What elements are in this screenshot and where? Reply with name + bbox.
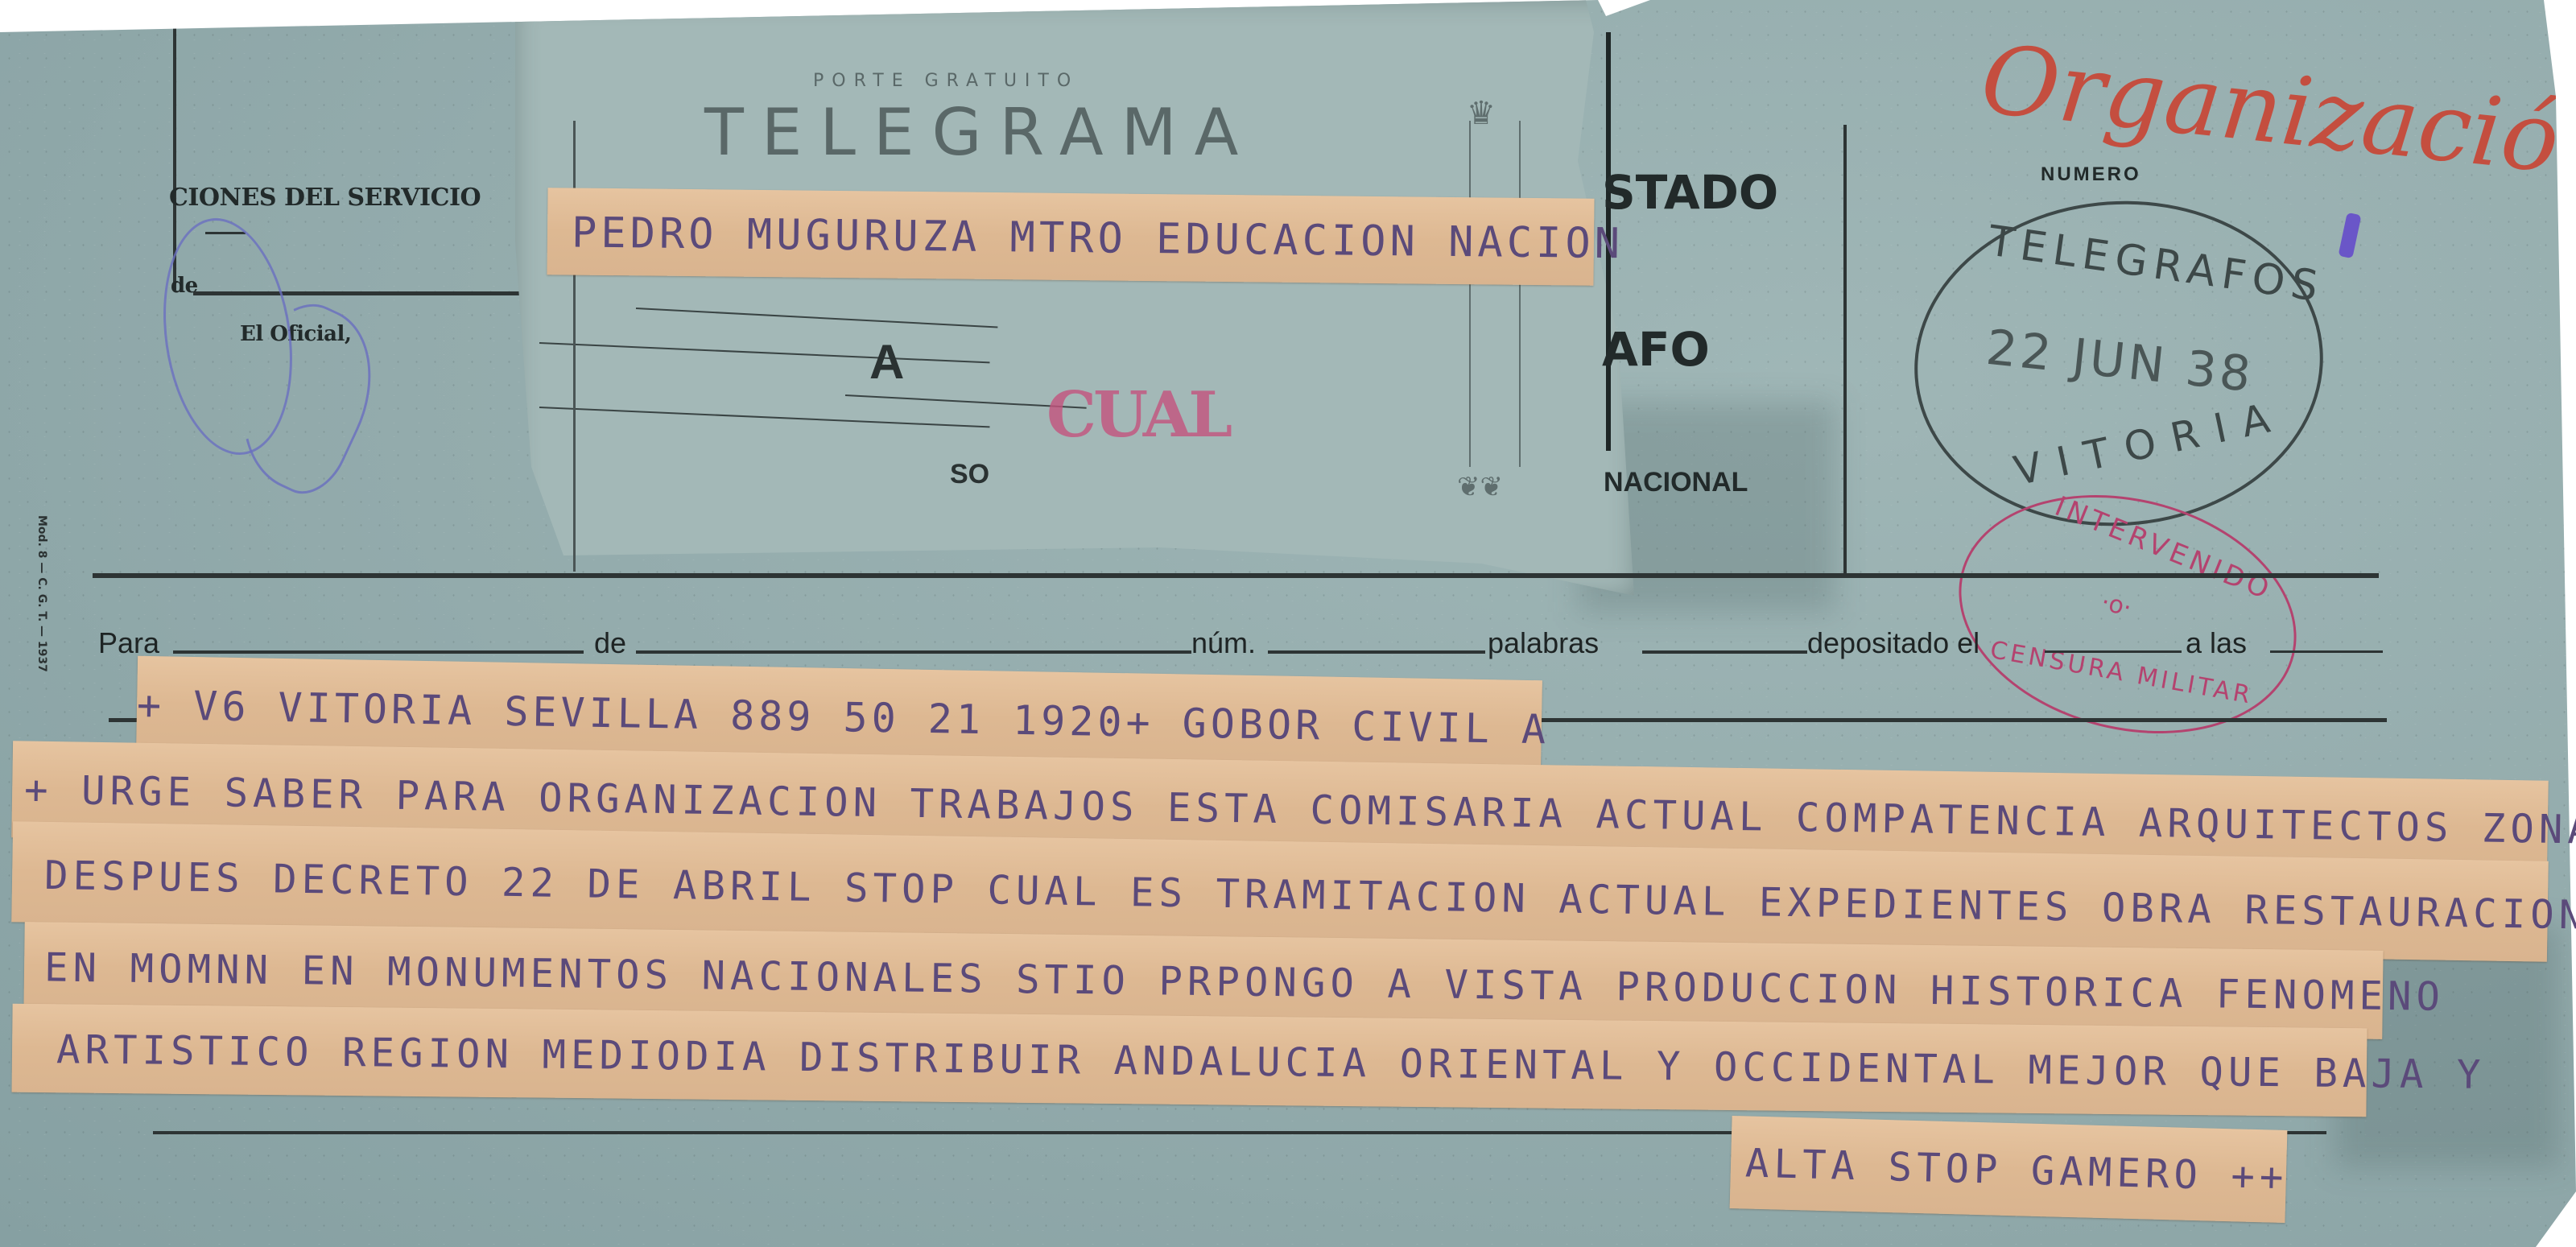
field-de-line[interactable]: [636, 650, 1191, 654]
postmark-bottom-text: VITORIA: [2010, 392, 2289, 495]
left-border-rule: [173, 0, 176, 290]
form-top-rule: [93, 573, 2379, 578]
laurel-icon: ❦❦: [1457, 471, 1503, 503]
header-line-text: + V6 VITORIA SEVILLA 889 50 21 1920+ GOB…: [137, 682, 1550, 754]
center-divider: [1843, 125, 1847, 576]
body-line-2: DESPUES DECRETO 22 DE ABRIL STOP CUAL ES…: [44, 853, 2576, 939]
field-num-line[interactable]: [1268, 650, 1485, 654]
overlay-line-3: [636, 308, 997, 328]
overlay-line-2: [539, 407, 990, 427]
field-para-label: Para: [98, 626, 159, 660]
body-line-4: ARTISTICO REGION MEDIODIA DISTRIBUIR AND…: [56, 1026, 2486, 1098]
censor-center: ·o·: [2099, 588, 2135, 622]
pink-stamp-fragment: CUAL: [1046, 378, 1229, 452]
telegram-slip-overlay: PORTE GRATUITO TELEGRAMA A SO CUAL ♛ ❦❦: [515, 0, 1634, 596]
service-label: CIONES DEL SERVICIO: [169, 184, 481, 212]
tape-closing: ALTA STOP GAMERO ++: [1730, 1116, 2288, 1223]
estado-text: STADO: [1602, 165, 1778, 220]
postmark-date: 22 JUN 38: [1984, 320, 2256, 403]
tape-recipient: PEDRO MUGURUZA MTRO EDUCACION NACION: [547, 188, 1594, 286]
field-palabras-label: palabras: [1488, 626, 1599, 660]
partial-letter: A: [869, 334, 904, 390]
crown-icon: ♛: [1467, 95, 1496, 132]
closing-text: ALTA STOP GAMERO ++: [1744, 1140, 2289, 1200]
nacional-text: NACIONAL: [1604, 467, 1748, 498]
field-depositado-line[interactable]: [2045, 650, 2182, 653]
crest-column: [1469, 121, 1521, 467]
field-para-line[interactable]: [173, 650, 584, 654]
overlay-line-1: [539, 342, 990, 363]
form-model-print: Mod. 8 — C. G. T. — 1937: [35, 515, 48, 672]
field-depositado-label: depositado el: [1807, 626, 1979, 660]
field-num-label: núm.: [1191, 626, 1256, 660]
telegrafo-text: AFO: [1602, 322, 1710, 377]
field-alas-line[interactable]: [2270, 650, 2383, 653]
recipient-text: PEDRO MUGURUZA MTRO EDUCACION NACION: [572, 209, 1624, 269]
partial-text: SO: [950, 459, 989, 490]
field-alas-label: a las: [2186, 626, 2247, 660]
number-label: NUMERO: [2041, 163, 2141, 186]
field-palabras-line[interactable]: [1642, 650, 1807, 654]
telegrama-title: TELEGRAMA: [704, 95, 1256, 170]
field-de-label: de: [594, 626, 626, 660]
postage-label: PORTE GRATUITO: [813, 71, 1079, 91]
